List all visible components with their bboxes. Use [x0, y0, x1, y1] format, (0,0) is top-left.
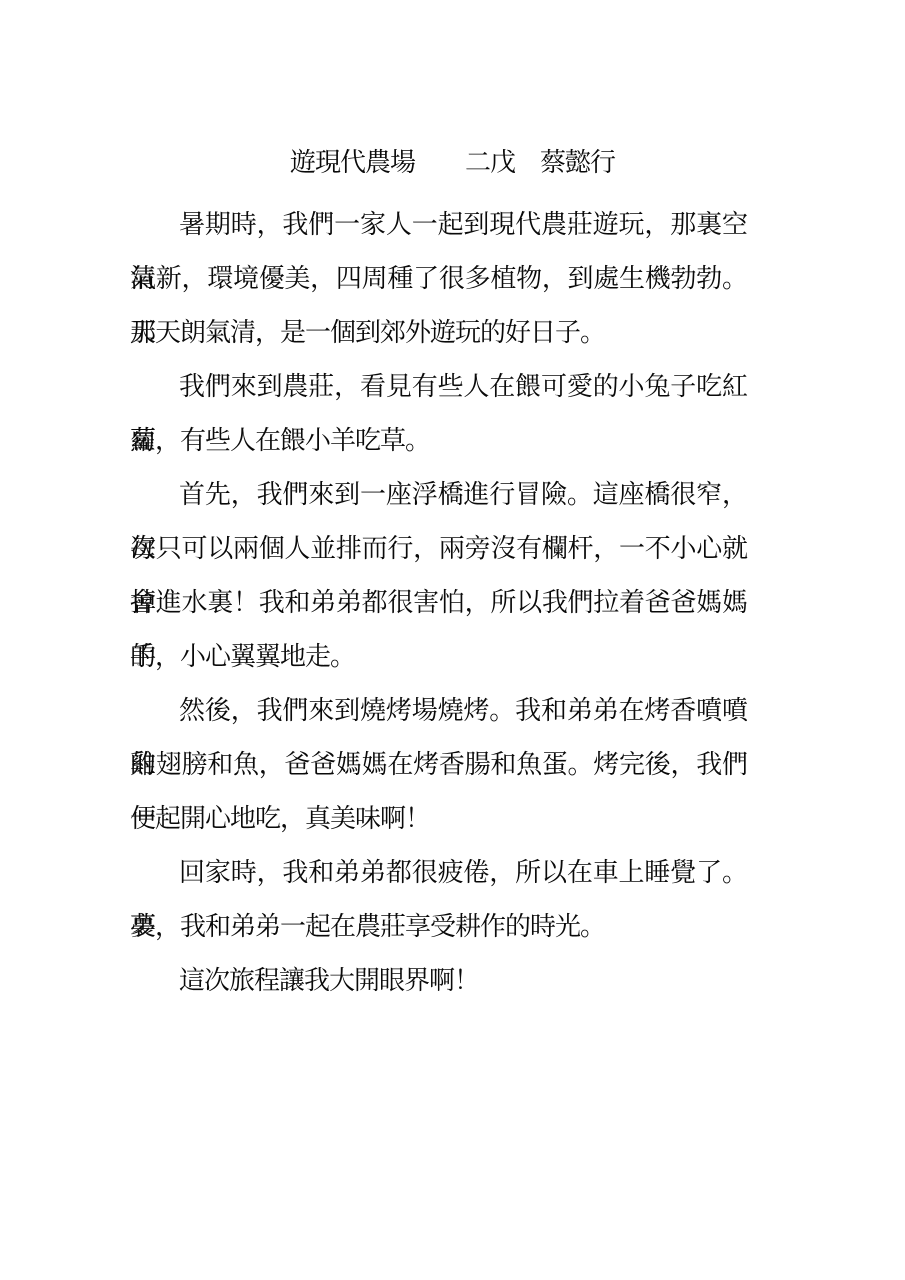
- text-line: 天天朗氣清，是一個到郊外遊玩的好日子。: [130, 305, 747, 359]
- document-page: 遊現代農場 二戊 蔡懿行 暑期時，我們一家人一起到現代農莊遊玩，那裏空氣 清新，…: [0, 0, 905, 1280]
- text-line: 掉進水裏！我和弟弟都很害怕，所以我們拉着爸爸媽媽的: [130, 575, 747, 629]
- text-line: 暑期時，我們一家人一起到現代農莊遊玩，那裏空氣: [130, 197, 747, 251]
- text-line: 我們來到農莊，看見有些人在餵可愛的小兔子吃紅蘿: [130, 359, 747, 413]
- document-title: 遊現代農場 二戊 蔡懿行: [0, 135, 905, 189]
- text-line: 然後，我們來到燒烤場燒烤。我和弟弟在烤香噴噴的: [130, 683, 747, 737]
- text-line: 首先，我們來到一座浮橋進行冒險。這座橋很窄，每: [130, 467, 747, 521]
- document-body: 暑期時，我們一家人一起到現代農莊遊玩，那裏空氣 清新，環境優美，四周種了很多植物…: [130, 197, 747, 1007]
- text-line: 次只可以兩個人並排而行，兩旁沒有欄杆，一不小心就會: [130, 521, 747, 575]
- text-line: 裏，我和弟弟一起在農莊享受耕作的時光。: [130, 899, 747, 953]
- text-line: 手，小心翼翼地走。: [130, 629, 747, 683]
- text-line: 回家時，我和弟弟都很疲倦，所以在車上睡覺了。夢: [130, 845, 747, 899]
- text-line: 雞翅膀和魚，爸爸媽媽在烤香腸和魚蛋。烤完後，我們便: [130, 737, 747, 791]
- text-line: 這次旅程讓我大開眼界啊！: [130, 953, 747, 1007]
- text-line: 蔔，有些人在餵小羊吃草。: [130, 413, 747, 467]
- text-line: 一起開心地吃，真美味啊！: [130, 791, 747, 845]
- text-line: 清新，環境優美，四周種了很多植物，到處生機勃勃。那: [130, 251, 747, 305]
